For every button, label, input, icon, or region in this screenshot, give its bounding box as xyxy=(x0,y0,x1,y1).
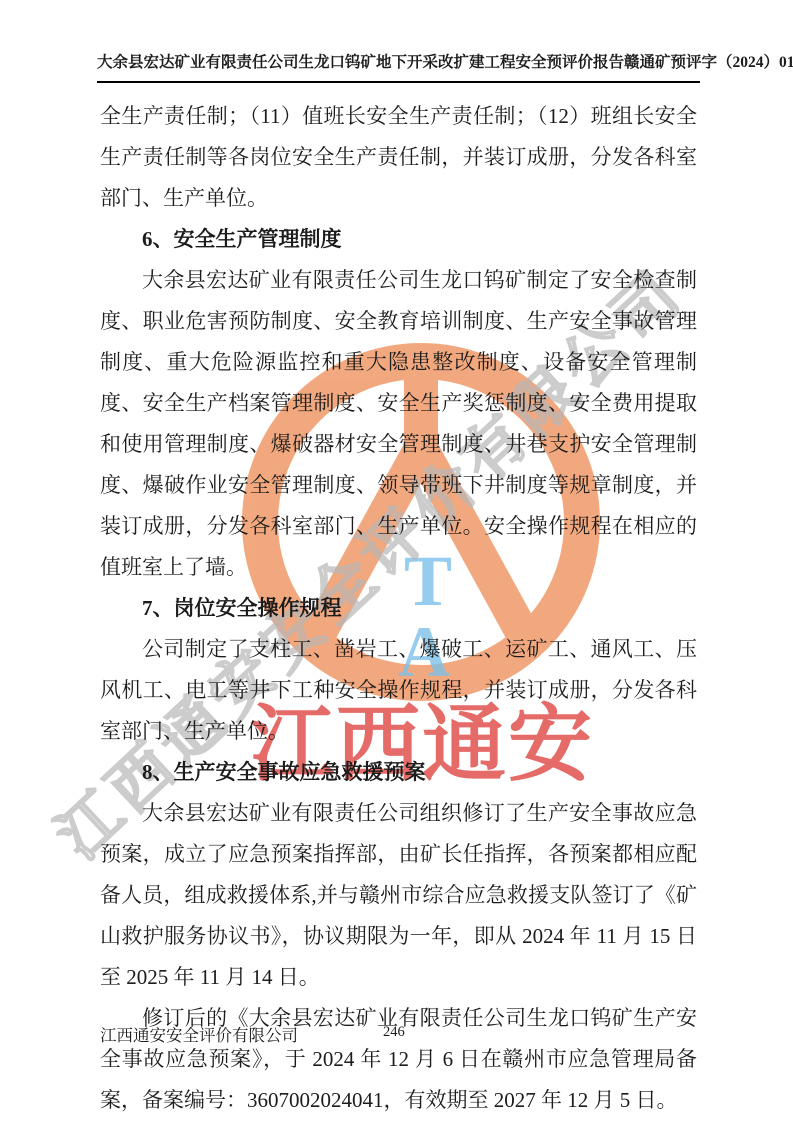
section8-heading: 8、生产安全事故应急救援预案 xyxy=(100,752,697,793)
document-page: T A 江西通安安全评价有限公司 江西通安 大余县宏达矿业有限责任公司生龙口钨矿… xyxy=(0,0,793,1122)
document-body: 全生产责任制；（11）值班长安全生产责任制；（12）班组长安全生产责任制等各岗位… xyxy=(100,96,697,1121)
section7-heading: 7、岗位安全操作规程 xyxy=(100,588,697,629)
section6-paragraph: 大余县宏达矿业有限责任公司生龙口钨矿制定了安全检查制度、职业危害预防制度、安全教… xyxy=(100,260,697,588)
section8-paragraph-2: 修订后的《大余县宏达矿业有限责任公司生龙口钨矿生产安全事故应急预案》，于 202… xyxy=(100,998,697,1121)
footer-company-name: 江西通安安全评价有限公司 xyxy=(100,1022,298,1046)
header-report-title: 大余县宏达矿业有限责任公司生龙口钨矿地下开采改扩建工程安全预评价报告 xyxy=(97,50,624,72)
section8-paragraph-1: 大余县宏达矿业有限责任公司组织修订了生产安全事故应急预案，成立了应急预案指挥部，… xyxy=(100,793,697,998)
paragraph-continuation: 全生产责任制；（11）值班长安全生产责任制；（12）班组长安全生产责任制等各岗位… xyxy=(100,96,697,219)
footer-page-number: 246 xyxy=(383,1024,405,1041)
section7-paragraph: 公司制定了支柱工、凿岩工、爆破工、运矿工、通风工、压风机工、电工等井下工种安全操… xyxy=(100,629,697,752)
section6-heading: 6、安全生产管理制度 xyxy=(100,219,697,260)
header-document-number: 赣通矿预评字（2024）010 号 xyxy=(624,50,793,72)
page-header: 大余县宏达矿业有限责任公司生龙口钨矿地下开采改扩建工程安全预评价报告 赣通矿预评… xyxy=(97,50,700,83)
